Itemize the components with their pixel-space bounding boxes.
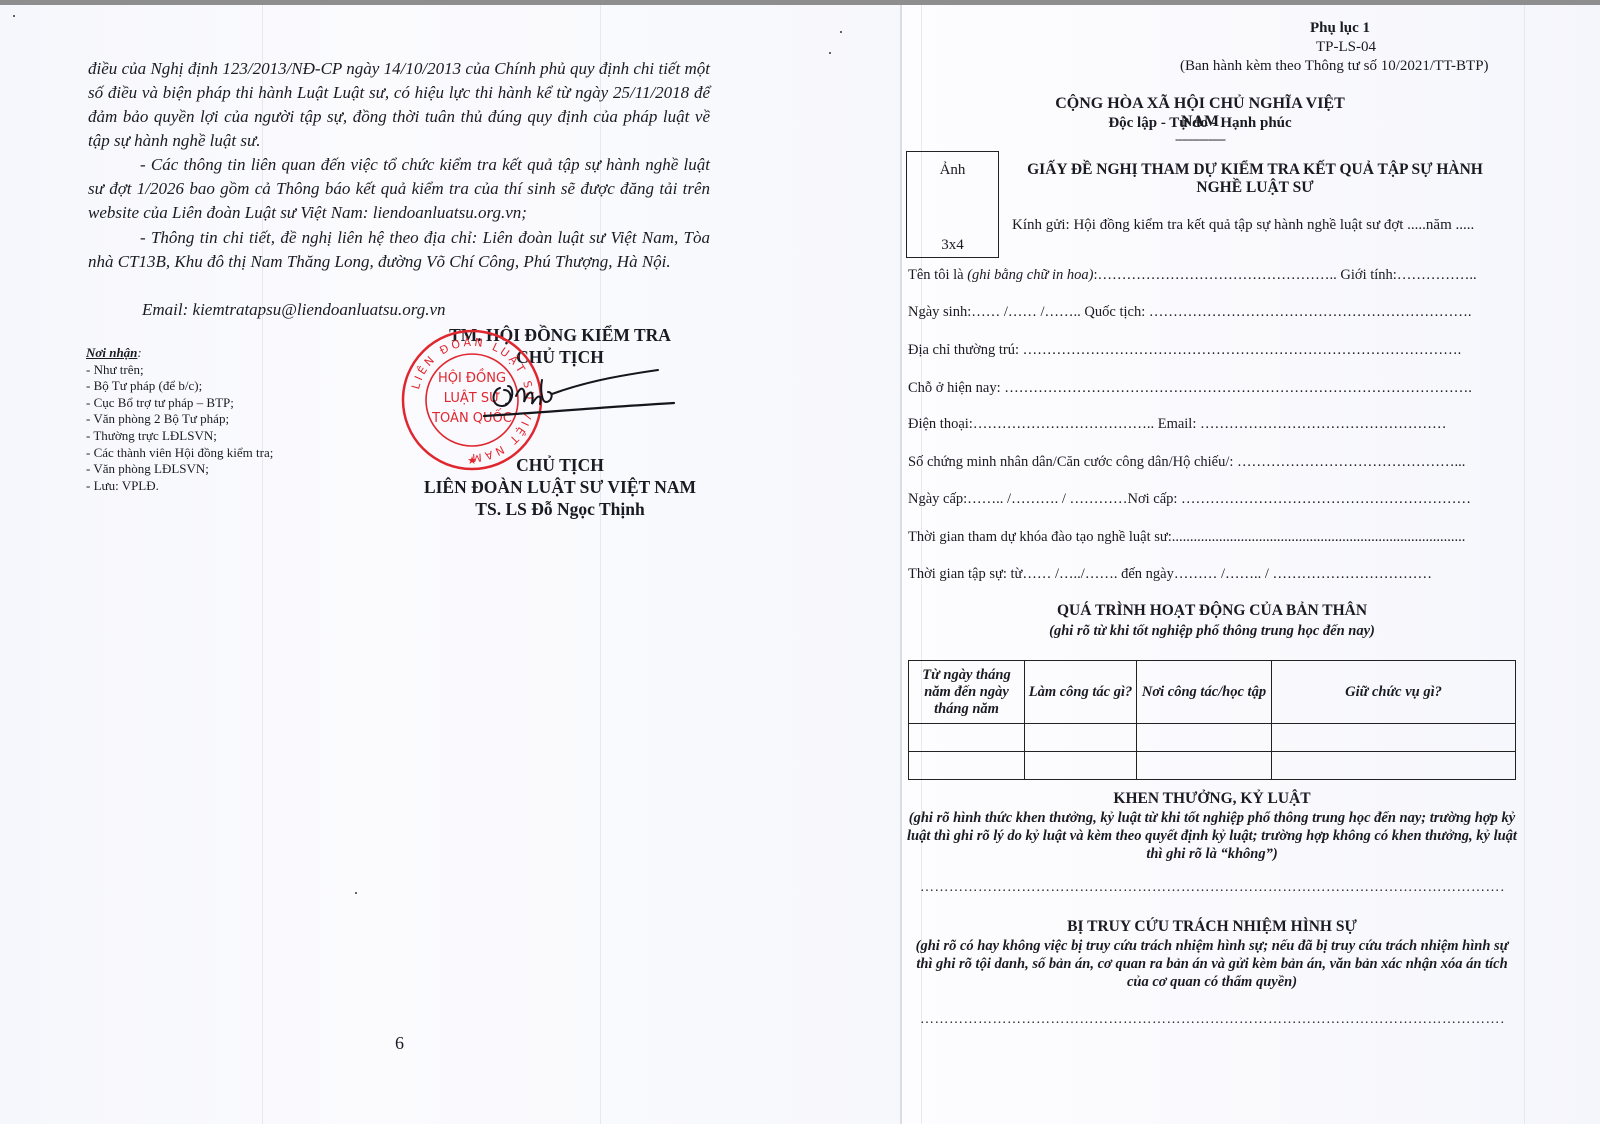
- body-paragraph: - Thông tin chi tiết, đề nghị liên hệ th…: [88, 226, 710, 274]
- photo-placeholder: Ảnh 3x4: [906, 151, 999, 258]
- recipient-item: - Văn phòng LĐLSVN;: [86, 461, 273, 478]
- history-table: Từ ngày tháng năm đến ngày tháng nămLàm …: [908, 660, 1516, 780]
- field-permanent-address[interactable]: Địa chỉ thường trú: ………………………………………………………: [908, 342, 1508, 359]
- signer-block: CHỦ TỊCH LIÊN ĐOÀN LUẬT SƯ VIỆT NAM TS. …: [400, 454, 720, 520]
- recipient-item: - Lưu: VPLĐ.: [86, 478, 273, 495]
- recipient-item: - Các thành viên Hội đồng kiểm tra;: [86, 445, 273, 462]
- table-cell[interactable]: [1272, 752, 1516, 780]
- history-column-header: Từ ngày tháng năm đến ngày tháng năm: [909, 661, 1025, 724]
- table-cell[interactable]: [1137, 724, 1272, 752]
- recipient-item: - Cục Bổ trợ tư pháp – BTP;: [86, 395, 273, 412]
- field-phone-email[interactable]: Điện thoại:……………………………….. Email: ……………………: [908, 416, 1508, 433]
- form-title: GIẤY ĐỀ NGHỊ THAM DỰ KIỂM TRA KẾT QUẢ TẬ…: [1010, 161, 1500, 197]
- field-current-address[interactable]: Chỗ ở hiện nay: …………………………………………………………………: [908, 380, 1508, 397]
- table-cell[interactable]: [1025, 752, 1137, 780]
- history-header-row: Từ ngày tháng năm đến ngày tháng nămLàm …: [909, 661, 1516, 724]
- scan-speck: [13, 15, 15, 17]
- table-cell[interactable]: [909, 752, 1025, 780]
- recipients-block: Nơi nhận: - Như trên;- Bộ Tư pháp (để b/…: [86, 345, 273, 494]
- handwritten-signature: [470, 360, 680, 430]
- body-paragraph: điều của Nghị định 123/2013/NĐ-CP ngày 1…: [88, 57, 710, 153]
- field-id-number[interactable]: Số chứng minh nhân dân/Căn cước công dân…: [908, 454, 1508, 471]
- table-cell[interactable]: [1137, 752, 1272, 780]
- addressee: Kính gửi: Hội đồng kiểm tra kết quả tập …: [1012, 217, 1474, 234]
- photo-label: Ảnh: [907, 162, 998, 179]
- table-row: [909, 752, 1516, 780]
- recipients-list: - Như trên;- Bộ Tư pháp (để b/c);- Cục B…: [86, 362, 273, 495]
- field-dob-nationality[interactable]: Ngày sinh:…… /…… /…….. Quốc tịch: …………………: [908, 304, 1508, 321]
- field-issue-date-place[interactable]: Ngày cấp:…….. /………. / …………Nơi cấp: ………………: [908, 491, 1508, 508]
- rewards-title: KHEN THƯỞNG, KỶ LUẬT: [906, 790, 1518, 808]
- criminal-note: (ghi rõ có hay không việc bị truy cứu tr…: [906, 937, 1518, 991]
- contact-email: Email: kiemtratapsu@liendoanluatsu.org.v…: [142, 300, 446, 320]
- history-note: (ghi rõ từ khi tốt nghiệp phổ thông trun…: [906, 622, 1518, 640]
- history-title: QUÁ TRÌNH HOẠT ĐỘNG CỦA BẢN THÂN: [906, 602, 1518, 620]
- table-row: [909, 724, 1516, 752]
- recipient-item: - Văn phòng 2 Bộ Tư pháp;: [86, 411, 273, 428]
- scan-speck: [355, 892, 357, 894]
- criminal-title: BỊ TRUY CỨU TRÁCH NHIỆM HÌNH SỰ: [906, 918, 1518, 936]
- field-hint: (ghi bằng chữ in hoa): [967, 267, 1093, 283]
- history-column-header: Làm công tác gì?: [1025, 661, 1137, 724]
- history-column-header: Nơi công tác/học tập: [1137, 661, 1272, 724]
- recipient-item: - Thường trực LĐLSVN;: [86, 428, 273, 445]
- table-cell[interactable]: [1272, 724, 1516, 752]
- header-separator: ---------------: [1040, 131, 1360, 147]
- photo-size: 3x4: [907, 237, 998, 254]
- recipient-item: - Bộ Tư pháp (để b/c);: [86, 378, 273, 395]
- recipient-item: - Như trên;: [86, 362, 273, 379]
- history-column-header: Giữ chức vụ gì?: [1272, 661, 1516, 724]
- table-cell[interactable]: [1025, 724, 1137, 752]
- field-full-name[interactable]: Tên tôi là (ghi bằng chữ in hoa):……………………: [908, 267, 1508, 284]
- signer-title: CHỦ TỊCH: [400, 454, 720, 476]
- rewards-fill-line[interactable]: ……………………………………………………………………………………………………………: [920, 880, 1505, 896]
- recipients-heading: Nơi nhận: [86, 345, 137, 360]
- scan-speck: [840, 31, 842, 33]
- issued-by: (Ban hành kèm theo Thông tư số 10/2021/T…: [1180, 58, 1489, 75]
- appendix-label: Phụ lục 1: [1310, 20, 1370, 37]
- criminal-fill-line[interactable]: ……………………………………………………………………………………………………………: [920, 1012, 1505, 1028]
- field-apprentice-period[interactable]: Thời gian tập sự: từ…… /…../……. đến ngày…: [908, 566, 1508, 583]
- page-number: 6: [395, 1033, 404, 1054]
- signer-organization: LIÊN ĐOÀN LUẬT SƯ VIỆT NAM: [400, 476, 720, 498]
- table-cell[interactable]: [909, 724, 1025, 752]
- scan-stripe: [1524, 5, 1525, 1124]
- signer-name: TS. LS Đỗ Ngọc Thịnh: [400, 498, 720, 520]
- nation-motto: Độc lập - Tự do - Hạnh phúc: [1040, 115, 1360, 132]
- form-code: TP-LS-04: [1316, 39, 1376, 56]
- body-paragraph: - Các thông tin liên quan đến việc tổ ch…: [88, 153, 710, 225]
- rewards-note: (ghi rõ hình thức khen thưởng, kỷ luật t…: [906, 809, 1518, 863]
- field-training-period[interactable]: Thời gian tham dự khóa đào tạo nghề luật…: [908, 529, 1508, 546]
- scan-speck: [829, 52, 831, 54]
